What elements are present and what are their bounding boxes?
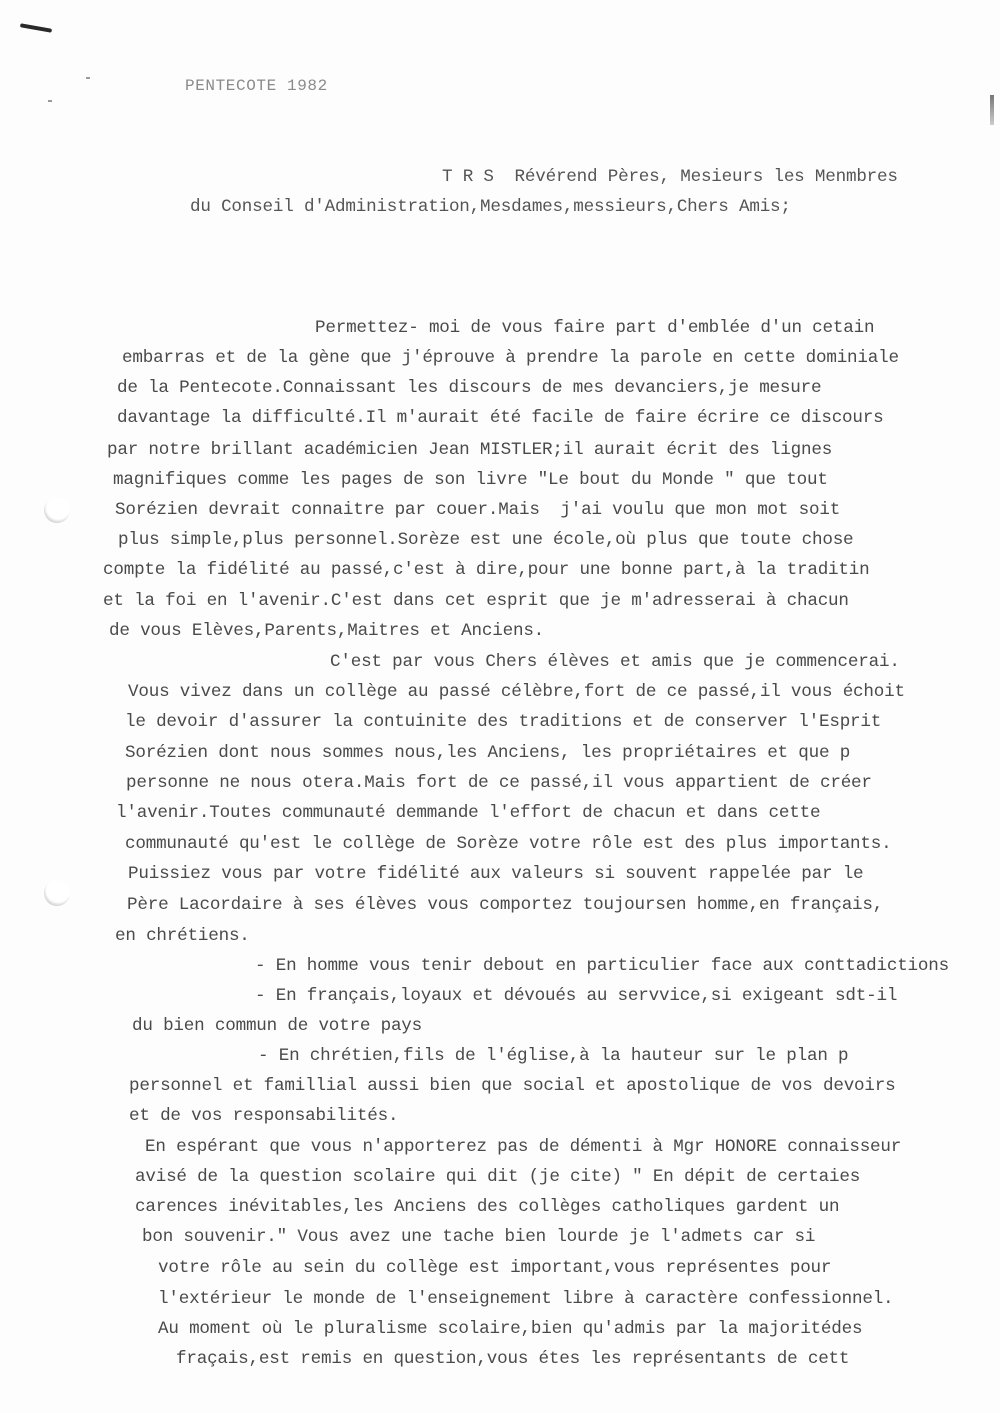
salutation-line: T R S Révérend Pères, Mesieurs les Menmb… — [442, 167, 898, 187]
body-line: - En français,loyaux et dévoués au servv… — [255, 986, 897, 1006]
body-line: l'avenir.Toutes communauté demmande l'ef… — [116, 803, 820, 823]
body-line: Vous vivez dans un collège au passé célè… — [128, 682, 905, 702]
body-line: Père Lacordaire à ses élèves vous compor… — [127, 895, 883, 915]
body-line: magnifiques comme les pages de son livre… — [113, 470, 828, 490]
body-line: personne ne nous otera.Mais fort de ce p… — [126, 773, 872, 793]
body-line: Permettez- moi de vous faire part d'embl… — [315, 318, 874, 338]
body-line: de la Pentecote.Connaissant les discours… — [117, 378, 821, 398]
punch-hole — [44, 497, 70, 523]
body-line: par notre brillant académicien Jean MIST… — [107, 440, 832, 460]
body-line: C'est par vous Chers élèves et amis que … — [330, 652, 900, 672]
body-line: plus simple,plus personnel.Sorèze est un… — [118, 530, 853, 550]
body-line: carences inévitables,les Anciens des col… — [135, 1197, 839, 1217]
body-line: en chrétiens. — [115, 926, 250, 946]
edge-mark — [990, 95, 994, 125]
staple-mark — [20, 23, 52, 32]
body-line: communauté qu'est le collège de Sorèze v… — [125, 834, 892, 854]
body-line: Puissiez vous par votre fidélité aux val… — [128, 864, 863, 884]
punch-hole — [44, 880, 70, 906]
body-line: avisé de la question scolaire qui dit (j… — [135, 1167, 860, 1187]
body-line: embarras et de la gène que j'éprouve à p… — [122, 348, 899, 368]
body-line: et de vos responsabilités. — [129, 1106, 398, 1126]
body-line: de vous Elèves,Parents,Maitres et Ancien… — [109, 621, 544, 641]
body-line: et la foi en l'avenir.C'est dans cet esp… — [103, 591, 849, 611]
salutation-line: du Conseil d'Administration,Mesdames,mes… — [190, 197, 791, 217]
body-line: Sorézien devrait connaitre par couer.Mai… — [115, 500, 840, 520]
body-line: Au moment où le pluralisme scolaire,bien… — [158, 1319, 862, 1339]
body-line: l'extérieur le monde de l'enseignement l… — [158, 1289, 893, 1309]
body-line: - En chrétien,fils de l'église,à la haut… — [258, 1046, 848, 1066]
body-line: bon souvenir." Vous avez une tache bien … — [142, 1227, 815, 1247]
body-line: personnel et famillial aussi bien que so… — [129, 1076, 896, 1096]
body-line: votre rôle au sein du collège est import… — [158, 1258, 831, 1278]
body-line: davantage la difficulté.Il m'aurait été … — [117, 408, 884, 428]
body-line: compte la fidélité au passé,c'est à dire… — [103, 560, 870, 580]
body-line: du bien commun de votre pays — [132, 1016, 422, 1036]
ink-speck — [86, 77, 90, 79]
body-line: - En homme vous tenir debout en particul… — [255, 956, 949, 976]
body-line: En espérant que vous n'apporterez pas de… — [145, 1137, 901, 1157]
body-line: le devoir d'assurer la contuinite des tr… — [125, 712, 881, 732]
ink-speck — [48, 100, 52, 102]
body-line: fraçais,est remis en question,vous étes … — [176, 1349, 849, 1369]
document-header: PENTECOTE 1982 — [185, 76, 328, 96]
body-line: Sorézien dont nous sommes nous,les Ancie… — [125, 743, 850, 763]
typewritten-page: PENTECOTE 1982 T R S Révérend Pères, Mes… — [0, 0, 1000, 1413]
